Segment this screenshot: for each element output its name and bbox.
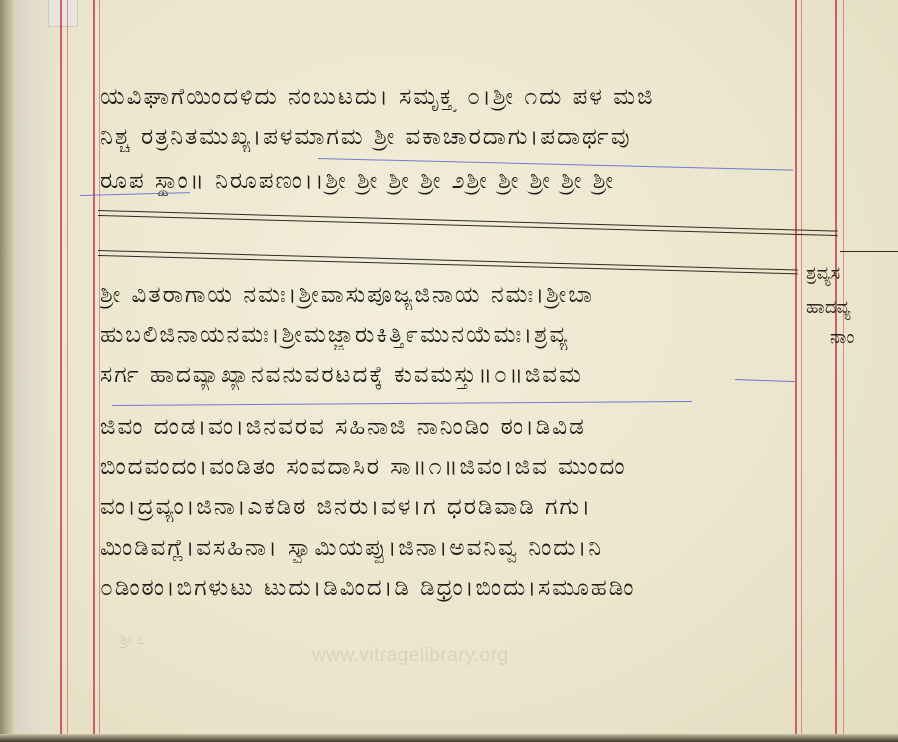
- margin-note-line: ನಾಂ: [830, 326, 898, 350]
- right-margin-rule-4: [843, 0, 844, 742]
- book-binding: [0, 0, 14, 742]
- separator-line: [98, 210, 838, 232]
- manuscript-line: ಬಿಂದವಂದಂ।ವಂಡಿತಂ ಸಂವದಾಸಿರ ಸಾ॥೧॥ಜಿವಂ।ಜಿವ ಮ…: [100, 452, 800, 482]
- manuscript-line: ಮಿಂಡಿವಗ್ಲೆ।ವಸಹಿನಾ। ಸ್ವಾಮಿಯಪ್ಪು।ಜಿನಾ।ಅವನಿ…: [100, 533, 800, 563]
- separator-line: [98, 255, 798, 274]
- manuscript-line: ಶ್ರೀ ವಿತರಾಗಾಯ ನಮಃ।ಶ್ರೀವಾಸುಪೂಜ್ಯಜಿನಾಯ ನಮಃ…: [100, 280, 800, 310]
- manuscript-line: ೦ಡಿಂಠಂ।ಬಿಗಳುಟು ಟುದು।ಡಿವಿಂದ।ಡಿ ಡಿಧ್ರಂ।ಬಿಂ…: [100, 573, 800, 603]
- left-margin-rule-3: [93, 0, 95, 742]
- faint-bleedthrough-mark: ಶ್ರೀ ೭: [120, 632, 145, 648]
- separator-line: [98, 250, 798, 271]
- manuscript-line: ರೂಪ ಸ್ಥಾಂ॥ ನಿರೂಪಣಂ।।ಶ್ರೀ ಶ್ರೀ ಶ್ರೀ ಶ್ರೀ …: [100, 166, 800, 196]
- separator-line: [840, 251, 898, 252]
- manuscript-line: ಹುಬಲಿಜಿನಾಯನಮಃ।ಶ್ರೀಮಜ್ಜಾರುಕಿತ್ತಿ೯ಮುನಯೆಮಃ।…: [100, 320, 800, 350]
- manuscript-line: ಜಿವಂ ದಂಡ।ವಂ।ಜಿನವರವ ಸಹಿನಾಜಿ ನಾನಿಂಡಿಂ ಠಂ।ಡ…: [100, 412, 800, 442]
- manuscript-line: ಸರ್ಗ ಹಾದವ್ಯಾಖ್ಯಾನವನುವರಟದಕ್ಕೆ ಕುವಮಸ್ತು॥೦॥…: [100, 360, 800, 390]
- margin-note-line: ಶ್ರವ್ಯಸ: [806, 262, 898, 286]
- gutter-shadow: [14, 0, 60, 742]
- manuscript-line: ವಂ।ದ್ರವ್ಯಂ।ಜಿನಾ।ಎಕಡಿಠ ಜಿನರು।ವಳ।ಗ ಧರಡಿವಾಡ…: [100, 492, 800, 522]
- blue-underline: [112, 401, 692, 406]
- manuscript-line: ನಿಶ್ಚ ರತ್ರನಿತಮುಖ್ಯ।ಪಳಮಾಗಮ ಶ್ರೀ ವಕಾಚಾರದಾಗ…: [100, 122, 800, 152]
- tape-tab: [48, 0, 78, 27]
- left-margin-rule-1: [60, 0, 62, 742]
- page-bottom-edge: [0, 734, 898, 742]
- margin-note-line: ಹಾದವ್ಯ: [806, 296, 898, 320]
- right-margin-rule-2: [801, 0, 802, 742]
- manuscript-line: ಯವಿಘಾಗೆಯಿಂದಳಿದು ನಂಬುಟದು। ಸಮೃಕ್ತ್ವ ೦।ಶ್ರೀ…: [100, 82, 800, 112]
- manuscript-page: ಯವಿಘಾಗೆಯಿಂದಳಿದು ನಂಬುಟದು। ಸಮೃಕ್ತ್ವ ೦।ಶ್ರೀ…: [0, 0, 898, 742]
- separator-line: [98, 215, 838, 236]
- library-watermark: www.vitragelibrary.org: [312, 645, 612, 667]
- left-margin-rule-2: [67, 0, 68, 742]
- right-margin-rule-3: [835, 0, 837, 742]
